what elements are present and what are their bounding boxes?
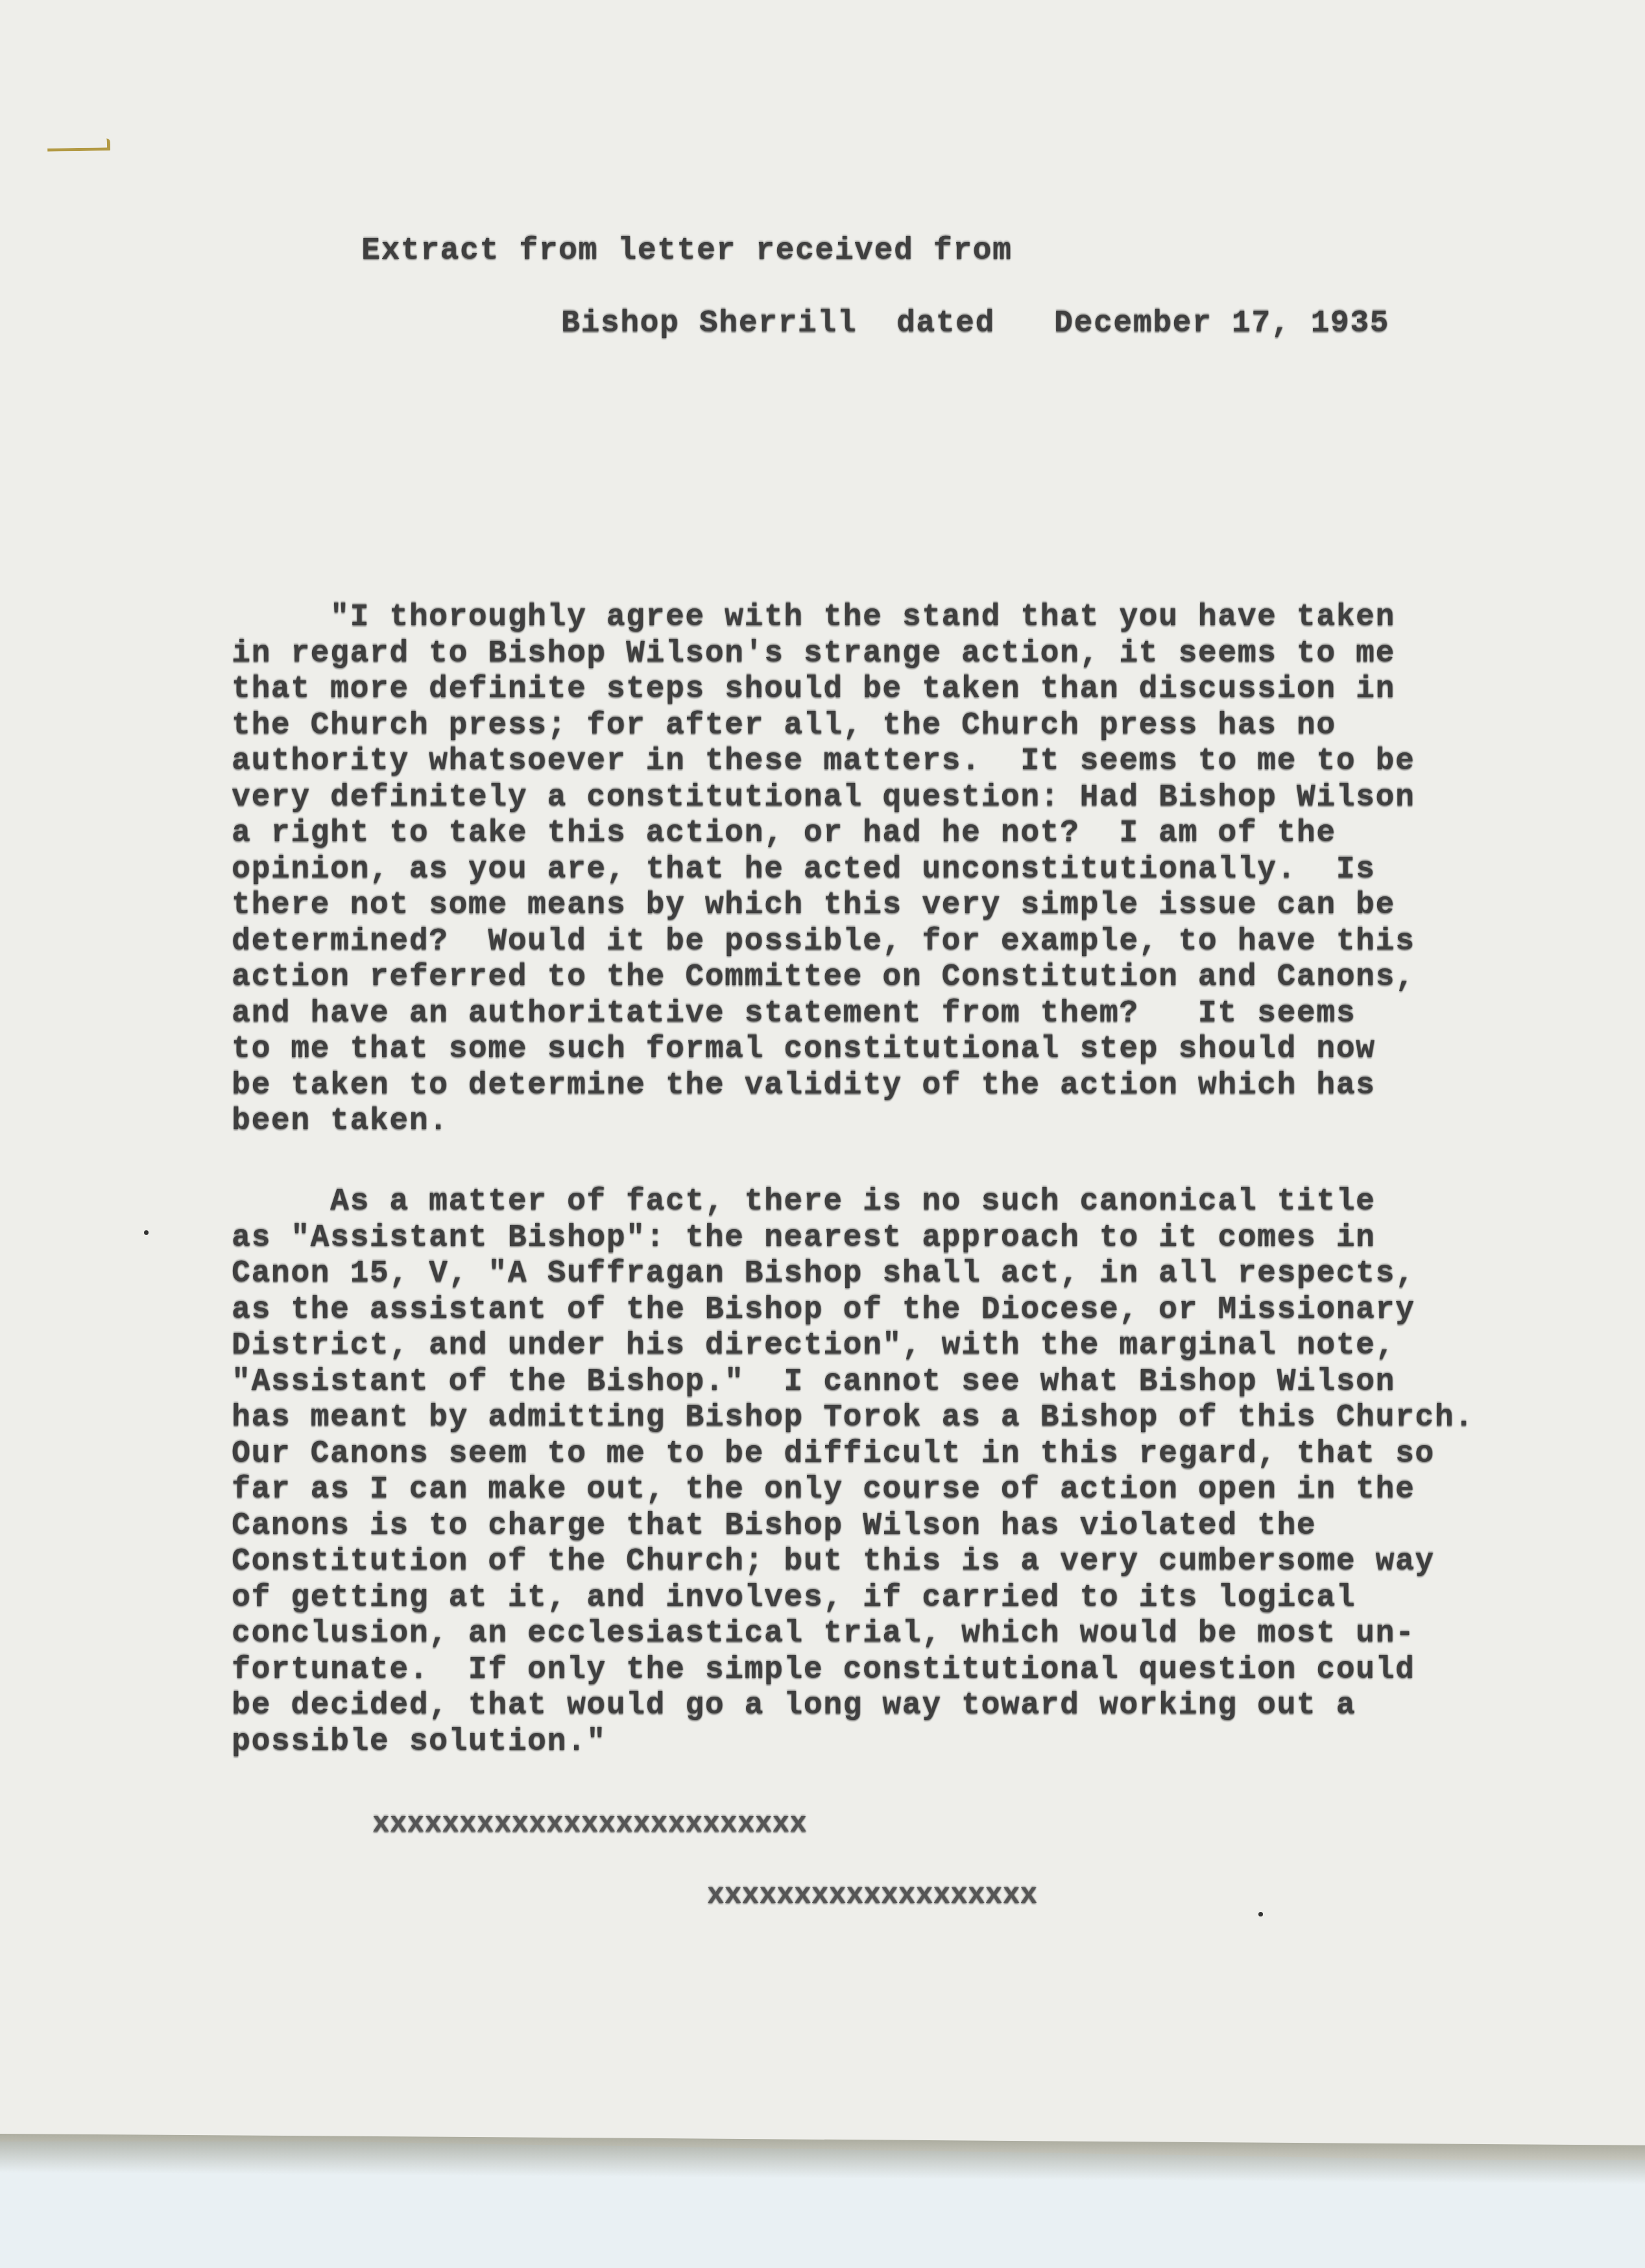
text-line: been taken. bbox=[232, 1104, 1415, 1140]
text-line: in regard to Bishop Wilson's strange act… bbox=[232, 636, 1415, 673]
text-line: far as I can make out, the only course o… bbox=[232, 1472, 1474, 1509]
text-line: Constitution of the Church; but this is … bbox=[232, 1544, 1474, 1581]
separator-line-2: xxxxxxxxxxxxxxxxxxx bbox=[707, 1880, 1037, 1912]
text-line: Our Canons seem to me to be difficult in… bbox=[232, 1437, 1474, 1473]
heading-sender-date: Bishop Sherrill dated December 17, 1935 bbox=[561, 306, 1389, 341]
text-line: authority whatsoever in these matters. I… bbox=[232, 744, 1415, 780]
text-line: of getting at it, and involves, if carri… bbox=[232, 1581, 1474, 1617]
text-line: Canon 15, V, "A Suffragan Bishop shall a… bbox=[232, 1256, 1474, 1293]
text-line: be decided, that would go a long way tow… bbox=[232, 1688, 1474, 1725]
text-line: "I thoroughly agree with the stand that … bbox=[232, 600, 1415, 636]
text-line: Canons is to charge that Bishop Wilson h… bbox=[232, 1509, 1474, 1545]
text-line: be taken to determine the validity of th… bbox=[232, 1068, 1415, 1104]
text-line: fortunate. If only the simple constituti… bbox=[232, 1653, 1474, 1689]
text-line: conclusion, an ecclesiastical trial, whi… bbox=[232, 1616, 1474, 1653]
staple-icon bbox=[47, 138, 110, 152]
text-line: a right to take this action, or had he n… bbox=[232, 816, 1415, 852]
text-line: as the assistant of the Bishop of the Di… bbox=[232, 1293, 1474, 1329]
paragraph-2: As a matter of fact, there is no such ca… bbox=[232, 1184, 1474, 1760]
text-line: opinion, as you are, that he acted uncon… bbox=[232, 852, 1415, 889]
text-line: very definitely a constitutional questio… bbox=[232, 780, 1415, 817]
text-line: that more definite steps should be taken… bbox=[232, 672, 1415, 708]
text-line: determined? Would it be possible, for ex… bbox=[232, 924, 1415, 961]
text-line: the Church press; for after all, the Chu… bbox=[232, 708, 1415, 745]
text-line: to me that some such formal constitution… bbox=[232, 1032, 1415, 1068]
ink-speck bbox=[144, 1230, 149, 1235]
text-line: has meant by admitting Bishop Torok as a… bbox=[232, 1400, 1474, 1437]
paragraph-1: "I thoroughly agree with the stand that … bbox=[232, 600, 1415, 1140]
separator-line-1: xxxxxxxxxxxxxxxxxxxxxxxxx bbox=[372, 1808, 807, 1841]
text-line: action referred to the Committee on Cons… bbox=[232, 960, 1415, 996]
ink-speck bbox=[1258, 1912, 1263, 1916]
text-line: and have an authoritative statement from… bbox=[232, 996, 1415, 1033]
heading-extract: Extract from letter received from bbox=[361, 233, 1012, 269]
text-line: As a matter of fact, there is no such ca… bbox=[232, 1184, 1474, 1221]
text-line: possible solution." bbox=[232, 1725, 1474, 1761]
text-line: as "Assistant Bishop": the nearest appro… bbox=[232, 1221, 1474, 1257]
text-line: District, and under his direction", with… bbox=[232, 1328, 1474, 1365]
text-line: "Assistant of the Bishop." I cannot see … bbox=[232, 1365, 1474, 1401]
text-line: there not some means by which this very … bbox=[232, 888, 1415, 924]
